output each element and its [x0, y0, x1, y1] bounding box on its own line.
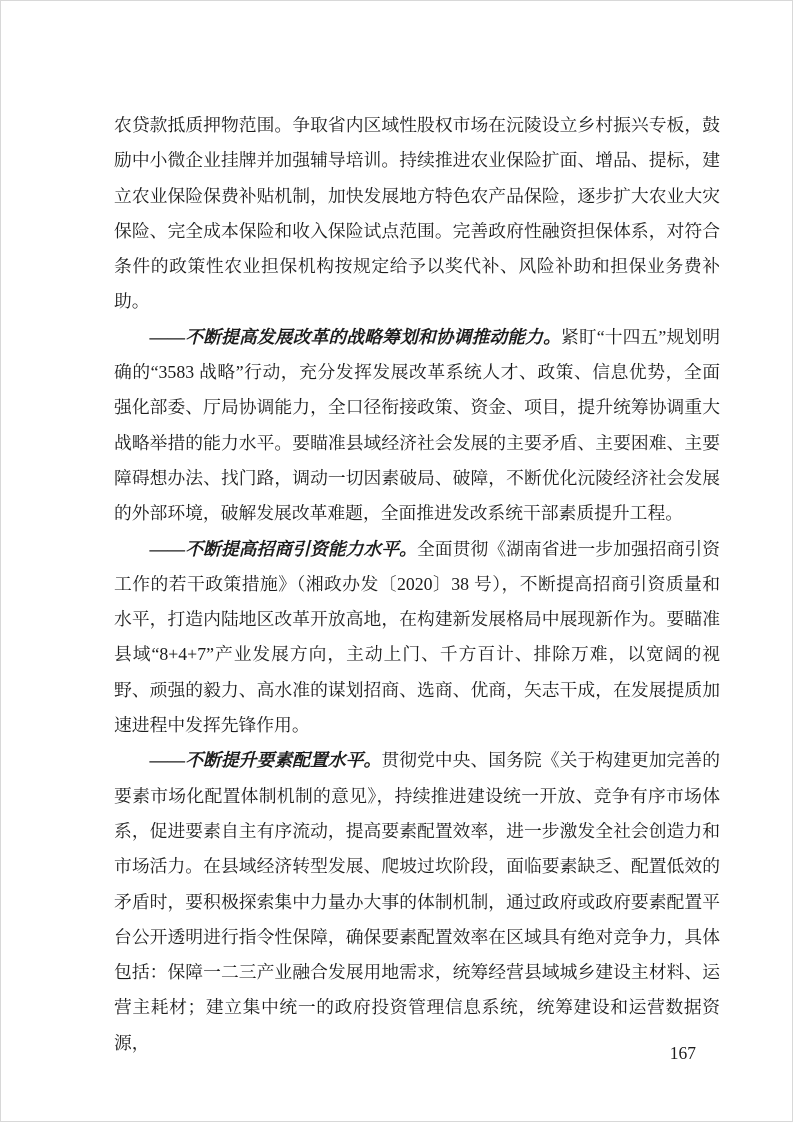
body-paragraph: 农贷款抵质押物范围。争取省内区域性股权市场在沅陵设立乡村振兴专板，鼓励中小微企业…	[114, 108, 720, 320]
paragraph-text: 贯彻党中央、国务院《关于构建更加完善的要素市场化配置体制机制的意见》，持续推进建…	[114, 750, 720, 1052]
paragraph-lead: ——不断提高发展改革的战略筹划和协调推动能力。	[150, 327, 561, 347]
body-paragraph: ——不断提高发展改革的战略筹划和协调推动能力。紧盯“十四五”规划明确的“3583…	[114, 320, 720, 532]
paragraph-text: 全面贯彻《湖南省进一步加强招商引资工作的若干政策措施》（湘政办发〔2020〕38…	[114, 539, 720, 735]
document-page: 农贷款抵质押物范围。争取省内区域性股权市场在沅陵设立乡村振兴专板，鼓励中小微企业…	[0, 0, 793, 1122]
page-number: 167	[670, 1041, 696, 1065]
document-text-block: 农贷款抵质押物范围。争取省内区域性股权市场在沅陵设立乡村振兴专板，鼓励中小微企业…	[114, 108, 720, 1061]
body-paragraph: ——不断提高招商引资能力水平。全面贯彻《湖南省进一步加强招商引资工作的若干政策措…	[114, 532, 720, 744]
paragraph-text: 紧盯“十四五”规划明确的“3583 战略”行动，充分发挥发展改革系统人才、政策、…	[114, 327, 720, 523]
paragraph-text: 农贷款抵质押物范围。争取省内区域性股权市场在沅陵设立乡村振兴专板，鼓励中小微企业…	[114, 115, 720, 311]
paragraph-lead: ——不断提升要素配置水平。	[150, 750, 382, 770]
body-paragraph: ——不断提升要素配置水平。贯彻党中央、国务院《关于构建更加完善的要素市场化配置体…	[114, 743, 720, 1061]
paragraph-lead: ——不断提高招商引资能力水平。	[150, 539, 417, 559]
